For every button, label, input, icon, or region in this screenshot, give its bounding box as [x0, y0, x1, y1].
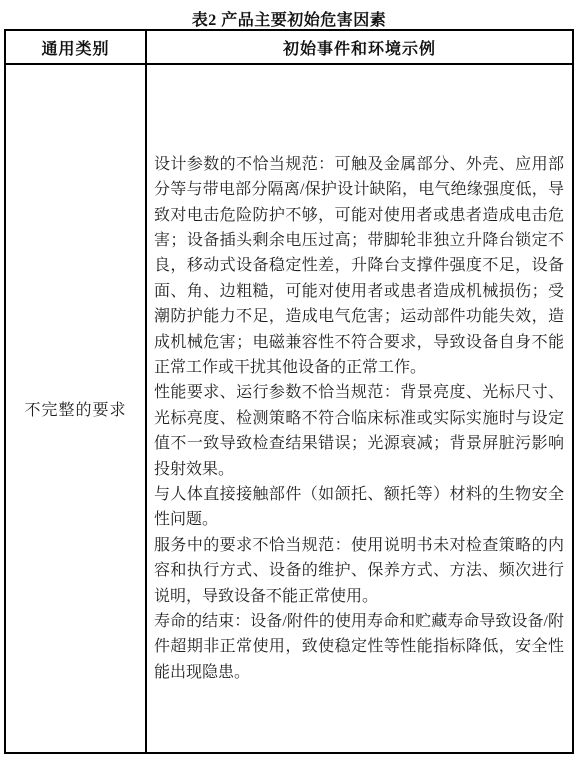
category-cell: 不完整的要求: [6, 65, 147, 752]
table-header-row: 通用类别 初始事件和环境示例: [6, 31, 572, 65]
examples-cell: 设计参数的不恰当规范：可触及金属部分、外壳、应用部分等与带电部分隔离/保护设计缺…: [147, 65, 572, 752]
paragraph-service-requirements: 服务中的要求不恰当规范：使用说明书未对检查策略的内容和执行方式、设备的维护、保养…: [154, 533, 564, 609]
header-general-category: 通用类别: [6, 31, 147, 63]
table-row: 不完整的要求 设计参数的不恰当规范：可触及金属部分、外壳、应用部分等与带电部分隔…: [6, 65, 572, 752]
paragraph-end-of-life: 寿命的结束：设备/附件的使用寿命和贮藏寿命导致设备/附件超期非正常使用，致使稳定…: [154, 609, 564, 685]
table-caption: 表2 产品主要初始危害因素: [0, 0, 578, 29]
paragraph-performance-requirements: 性能要求、运行参数不恰当规范：背景亮度、光标尺寸、光标亮度、检测策略不符合临床标…: [154, 380, 564, 482]
header-initial-events-examples: 初始事件和环境示例: [147, 31, 572, 63]
paragraph-design-parameters: 设计参数的不恰当规范：可触及金属部分、外壳、应用部分等与带电部分隔离/保护设计缺…: [154, 152, 564, 381]
paragraph-biological-safety: 与人体直接接触部件（如颌托、额托等）材料的生物安全性问题。: [154, 482, 564, 533]
document-page: 表2 产品主要初始危害因素 通用类别 初始事件和环境示例 不完整的要求 设计参数…: [0, 0, 578, 760]
hazard-factors-table: 通用类别 初始事件和环境示例 不完整的要求 设计参数的不恰当规范：可触及金属部分…: [4, 29, 574, 754]
